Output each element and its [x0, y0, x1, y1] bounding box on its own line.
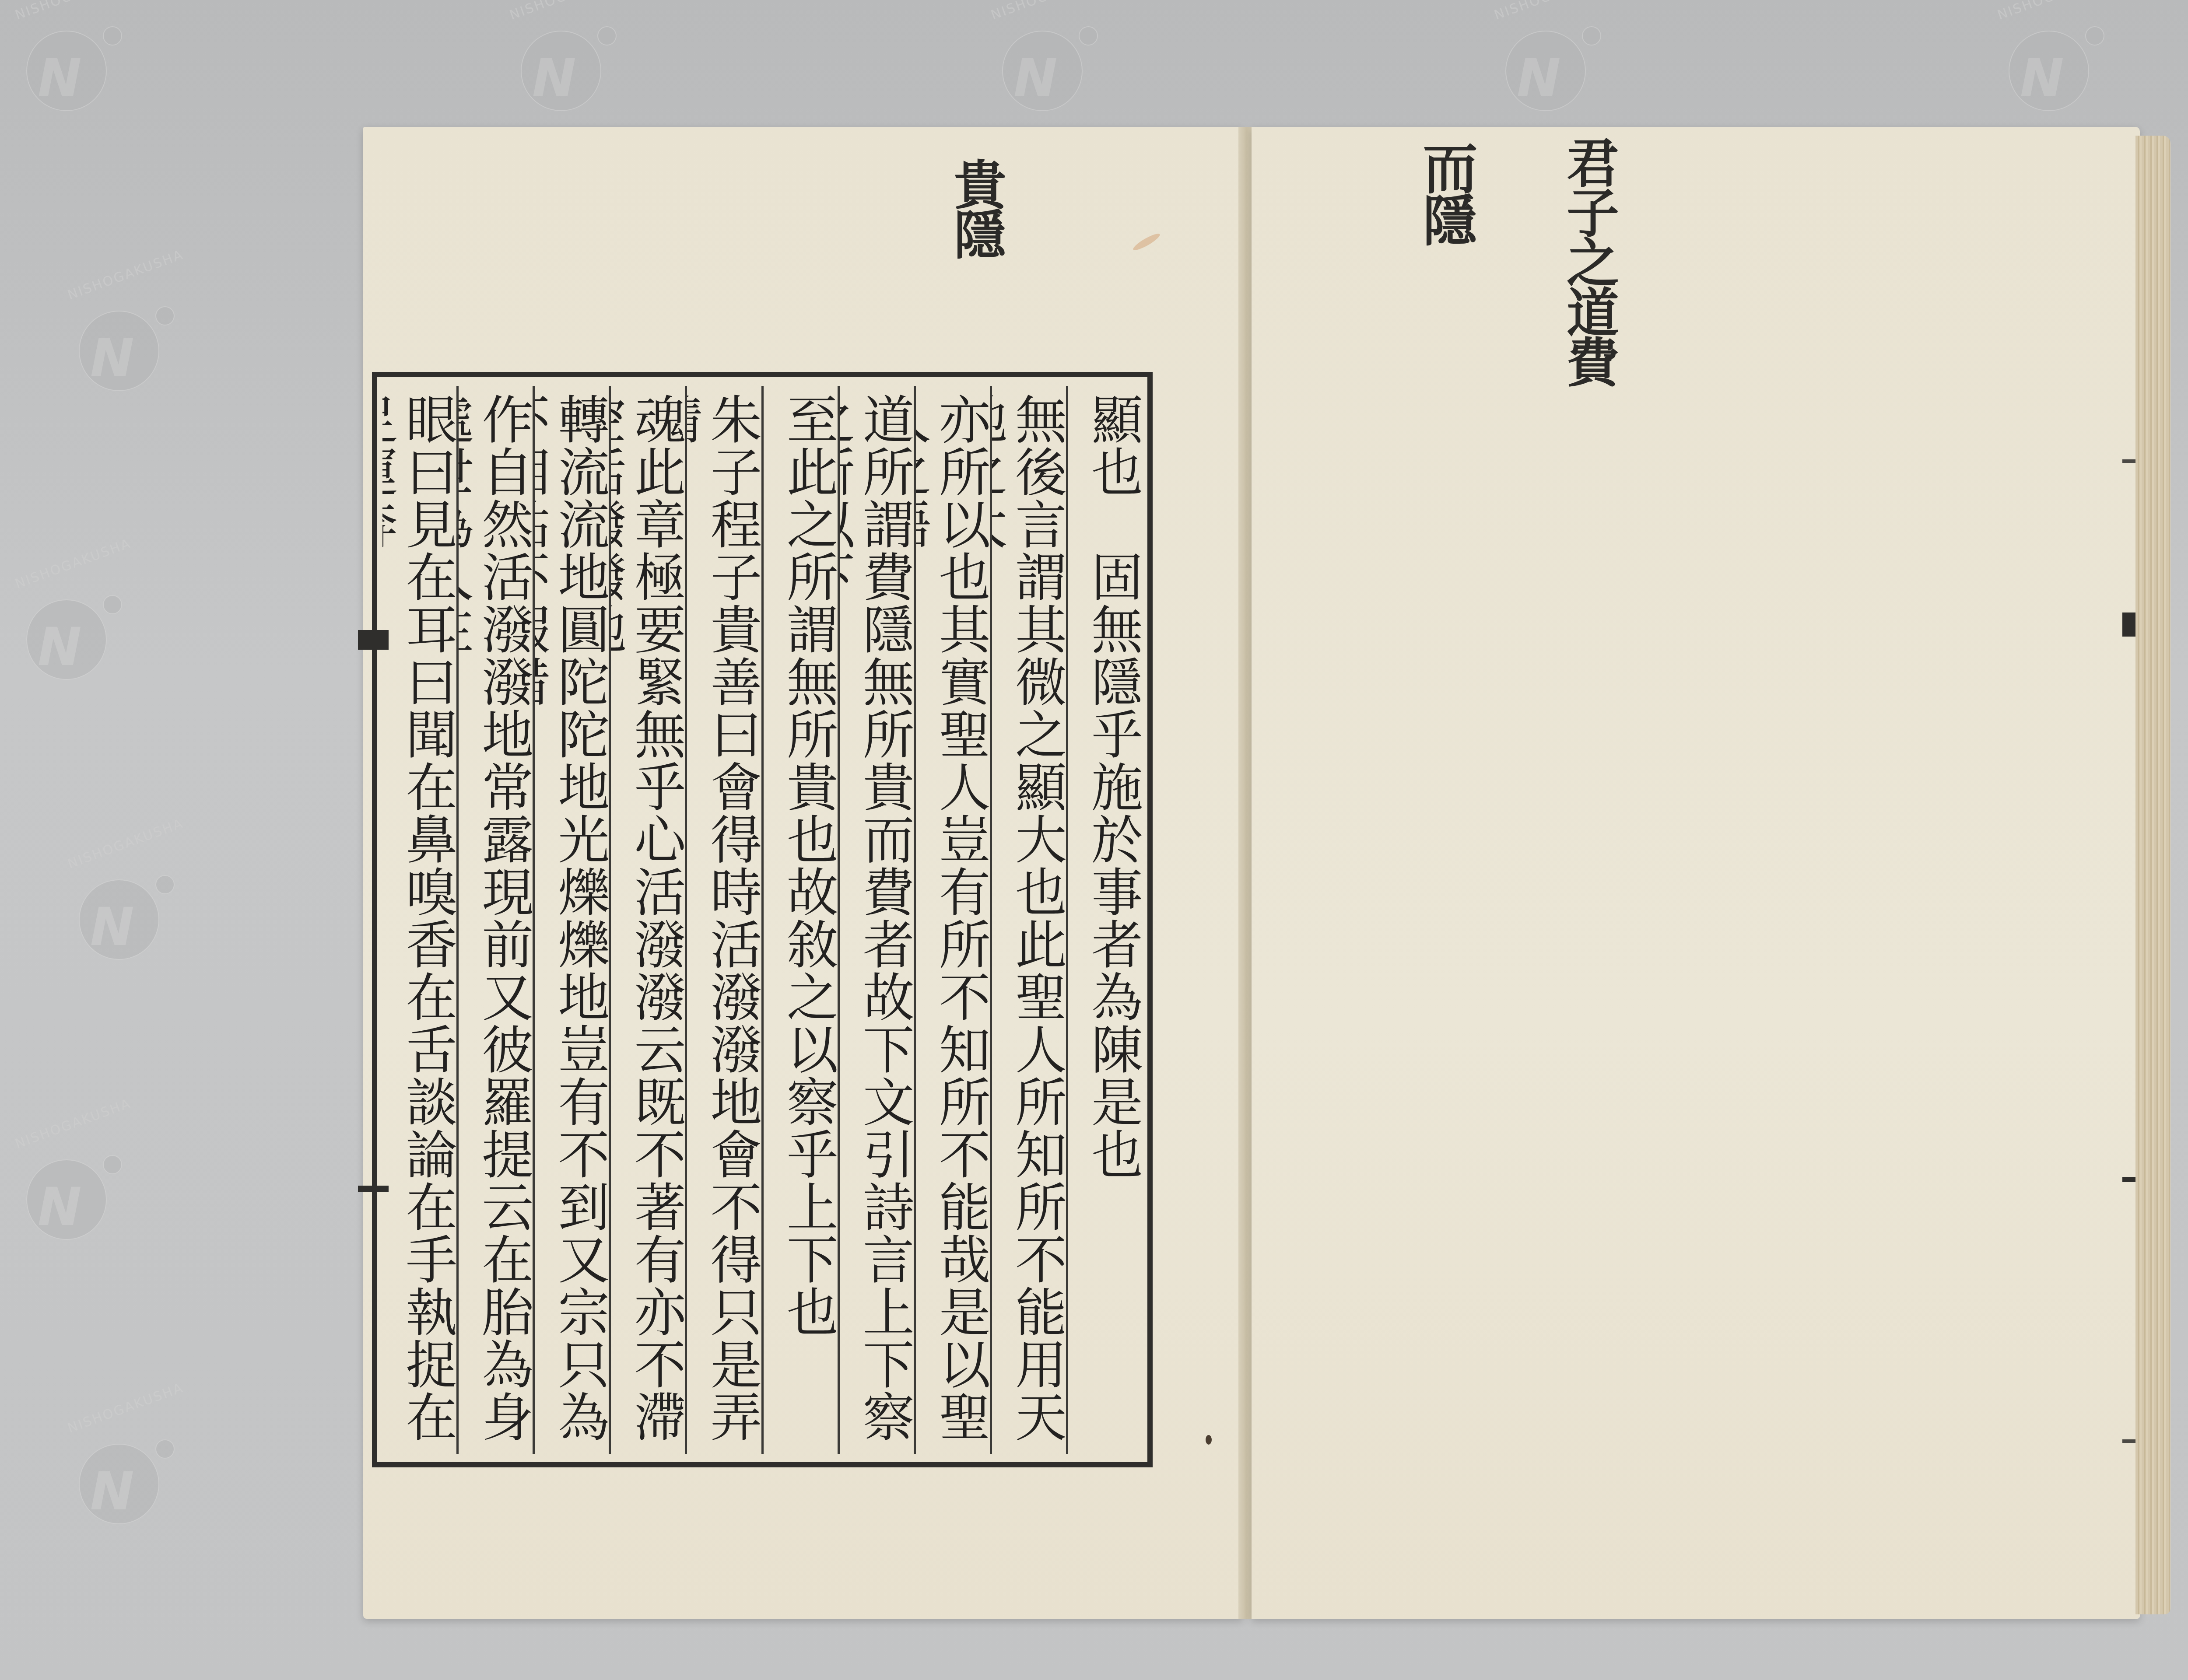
- running-head-right-primary: 君子之道費: [1562, 136, 1615, 385]
- watermark-logo: NNISHOGAKUSHA: [61, 1422, 175, 1536]
- text-column: 亦所以也其實聖人豈有所不知所不能哉是以聖人之語: [914, 386, 990, 1454]
- watermark-n-icon: N: [90, 901, 134, 954]
- tab-marker: [358, 630, 389, 650]
- watermark-logo: NNISHOGAKUSHA: [503, 9, 617, 122]
- text-column: 轉流流地圓陀陀地光爍爍地豈有不到又宗只為不相粘不假借: [533, 386, 609, 1454]
- running-head-right-secondary: 而隱: [1418, 140, 1473, 244]
- paper-blemish: [1206, 1435, 1212, 1445]
- watermark-n-icon: N: [38, 1181, 81, 1234]
- text-column: 眼曰見在耳曰聞在鼻嗅香在舌談論在手執捉在足運奔: [382, 386, 456, 1454]
- watermark-n-icon: N: [1517, 52, 1560, 105]
- text-column: 朱子程子貴善曰會得時活潑潑地會不得只是弄精: [685, 386, 761, 1454]
- paper-stain: [1132, 231, 1162, 253]
- watermark-logo: NNISHOGAKUSHA: [9, 9, 123, 122]
- running-head-left: 貴隱: [950, 157, 1002, 257]
- watermark-n-icon: N: [90, 1466, 134, 1518]
- text-columns-left: 顯也 固無隱乎施於事者為陳是也無後言謂其微之顯大也此聖人所知所不能用天地之大亦所…: [382, 386, 1142, 1454]
- watermark-n-icon: N: [532, 52, 576, 105]
- text-column: 道所謂費隱無所貴而費者故下文引詩言上下察之所以下: [838, 386, 914, 1454]
- watermark-logo: NNISHOGAKUSHA: [985, 9, 1098, 122]
- page-block-fore-edge: [2135, 136, 2170, 1614]
- watermark-logo: NNISHOGAKUSHA: [61, 289, 175, 402]
- text-column: 魂此章極要緊無乎心活潑潑云既不著有亦不滯空活潑潑地: [609, 386, 685, 1454]
- watermark-n-icon: N: [38, 52, 81, 105]
- left-page: 貴隱 顯也 固無隱乎施於事者為陳是也無後言謂其微之顯大也此聖人所知所不能用天地之…: [363, 127, 1243, 1619]
- watermark-n-icon: N: [90, 332, 134, 385]
- text-column: 顯也 固無隱乎施於事者為陳是也: [1066, 386, 1142, 1454]
- watermark-n-icon: N: [2020, 52, 2064, 105]
- watermark-n-icon: N: [38, 621, 81, 674]
- right-page: 而隱 君子之道費 王復禮曰吾家之學者先於子書云源說其所從來則天地之所以位萬物之所…: [1252, 127, 2140, 1619]
- text-column: 至此之所謂無所貴也故敘之以察乎上下也: [761, 386, 838, 1454]
- open-book: 貴隱 顯也 固無隱乎施於事者為陳是也無後言謂其微之顯大也此聖人所知所不能用天地之…: [363, 127, 2170, 1623]
- watermark-logo: NNISHOGAKUSHA: [61, 857, 175, 971]
- watermark-logo: NNISHOGAKUSHA: [9, 577, 123, 691]
- tab-marker: [358, 1186, 389, 1192]
- watermark-logo: NNISHOGAKUSHA: [1488, 9, 1602, 122]
- text-column: 無後言謂其微之顯大也此聖人所知所不能用天地之大: [990, 386, 1066, 1454]
- text-column: 作自然活潑潑地常露現前又彼羅提云在胎為身處世為人在: [456, 386, 533, 1454]
- watermark-n-icon: N: [1013, 52, 1057, 105]
- watermark-logo: NNISHOGAKUSHA: [1991, 9, 2105, 122]
- watermark-logo: NNISHOGAKUSHA: [9, 1137, 123, 1251]
- text-frame-left: 顯也 固無隱乎施於事者為陳是也無後言謂其微之顯大也此聖人所知所不能用天地之大亦所…: [372, 372, 1153, 1467]
